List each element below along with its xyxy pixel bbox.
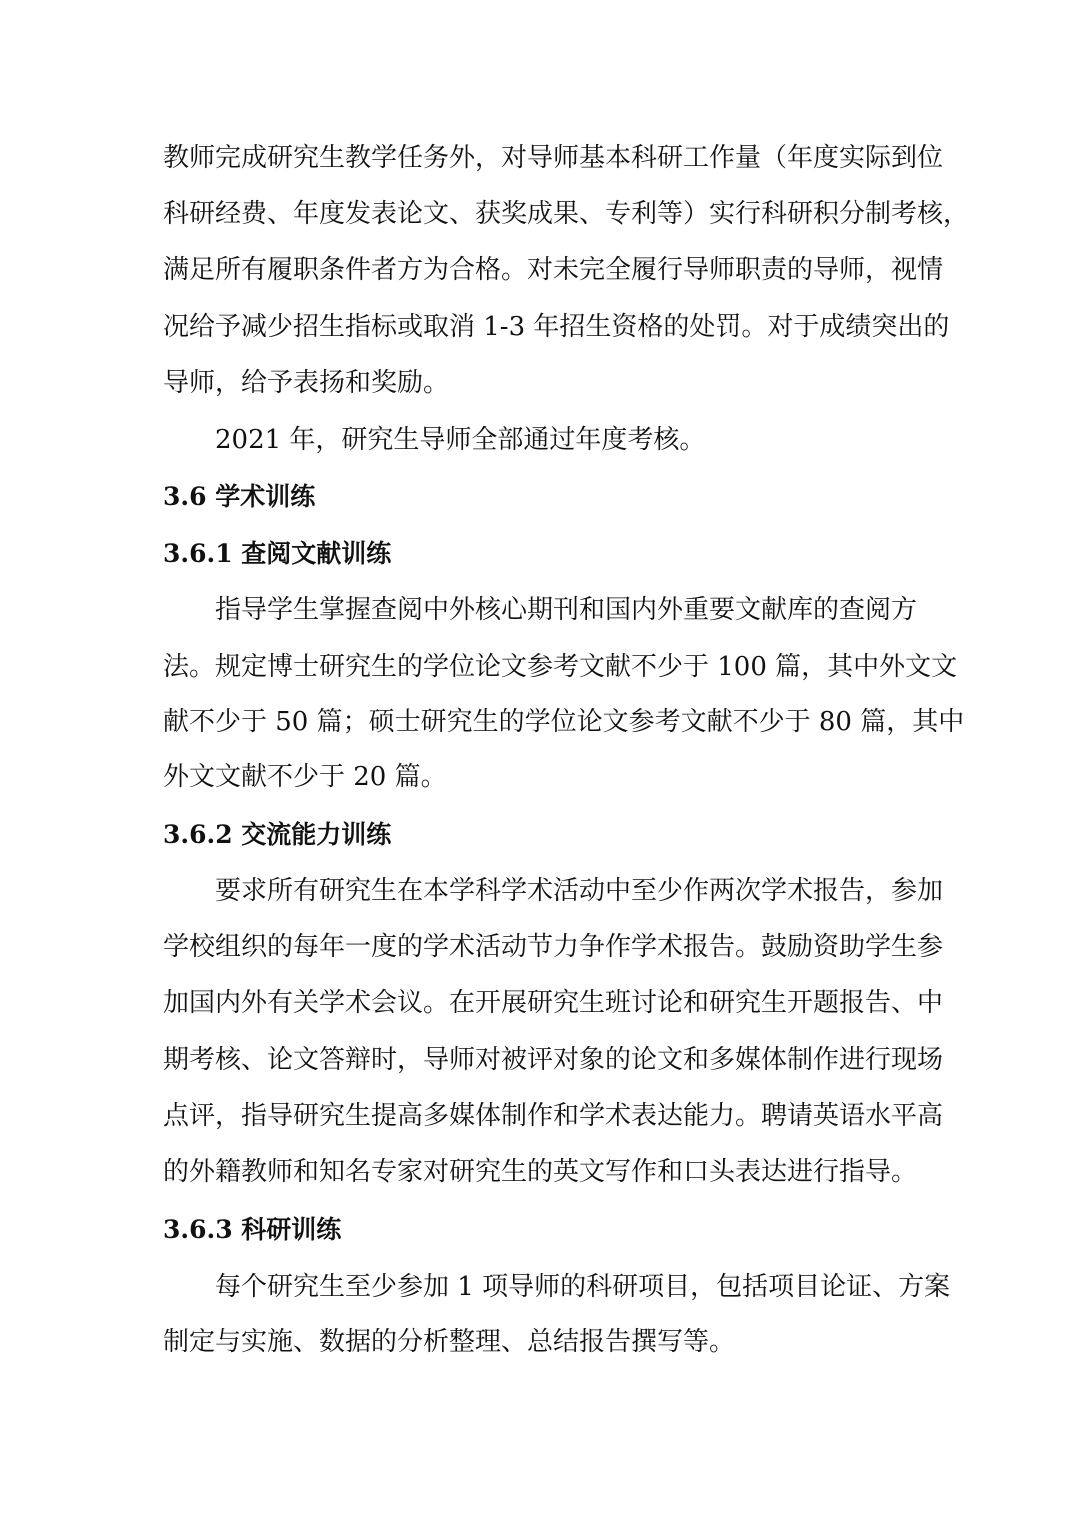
paragraph-line: 每个研究生至少参加 1 项导师的科研项目，包括项目论证、方案 — [163, 1259, 913, 1315]
paragraph-line: 法。规定博士研究生的学位论文参考文献不少于 100 篇，其中外文文 — [163, 639, 913, 695]
paragraph-line: 导师，给予表扬和奖励。 — [163, 355, 913, 411]
section-heading-3-6-3: 3.6.3 科研训练 — [163, 1202, 913, 1258]
paragraph-line: 要求所有研究生在本学科学术活动中至少作两次学术报告，参加 — [163, 863, 913, 919]
paragraph-line: 制定与实施、数据的分析整理、总结报告撰写等。 — [163, 1314, 913, 1370]
section-heading-3-6-1: 3.6.1 查阅文献训练 — [163, 526, 913, 582]
paragraph-line: 献不少于 50 篇；硕士研究生的学位论文参考文献不少于 80 篇，其中 — [163, 694, 913, 750]
paragraph-line: 点评，指导研究生提高多媒体制作和学术表达能力。聘请英语水平高 — [163, 1088, 913, 1144]
paragraph-line: 满足所有履职条件者方为合格。对未完全履行导师职责的导师，视情 — [163, 242, 913, 298]
paragraph-line: 教师完成研究生教学任务外，对导师基本科研工作量（年度实际到位 — [163, 130, 913, 186]
paragraph-line: 2021 年，研究生导师全部通过年度考核。 — [163, 412, 913, 468]
paragraph-line: 外文文献不少于 20 篇。 — [163, 749, 913, 805]
paragraph-line: 指导学生掌握查阅中外核心期刊和国内外重要文献库的查阅方 — [163, 582, 913, 638]
paragraph-line: 况给予减少招生指标或取消 1-3 年招生资格的处罚。对于成绩突出的 — [163, 299, 913, 355]
paragraph-line: 学校组织的每年一度的学术活动节力争作学术报告。鼓励资助学生参 — [163, 919, 913, 975]
paragraph-line: 的外籍教师和知名专家对研究生的英文写作和口头表达进行指导。 — [163, 1144, 913, 1200]
paragraph-line: 期考核、论文答辩时，导师对被评对象的论文和多媒体制作进行现场 — [163, 1032, 913, 1088]
section-heading-3-6: 3.6 学术训练 — [163, 469, 913, 525]
section-heading-3-6-2: 3.6.2 交流能力训练 — [163, 807, 913, 863]
paragraph-line: 科研经费、年度发表论文、获奖成果、专利等）实行科研积分制考核， — [163, 186, 913, 242]
paragraph-line: 加国内外有关学术会议。在开展研究生班讨论和研究生开题报告、中 — [163, 975, 913, 1031]
